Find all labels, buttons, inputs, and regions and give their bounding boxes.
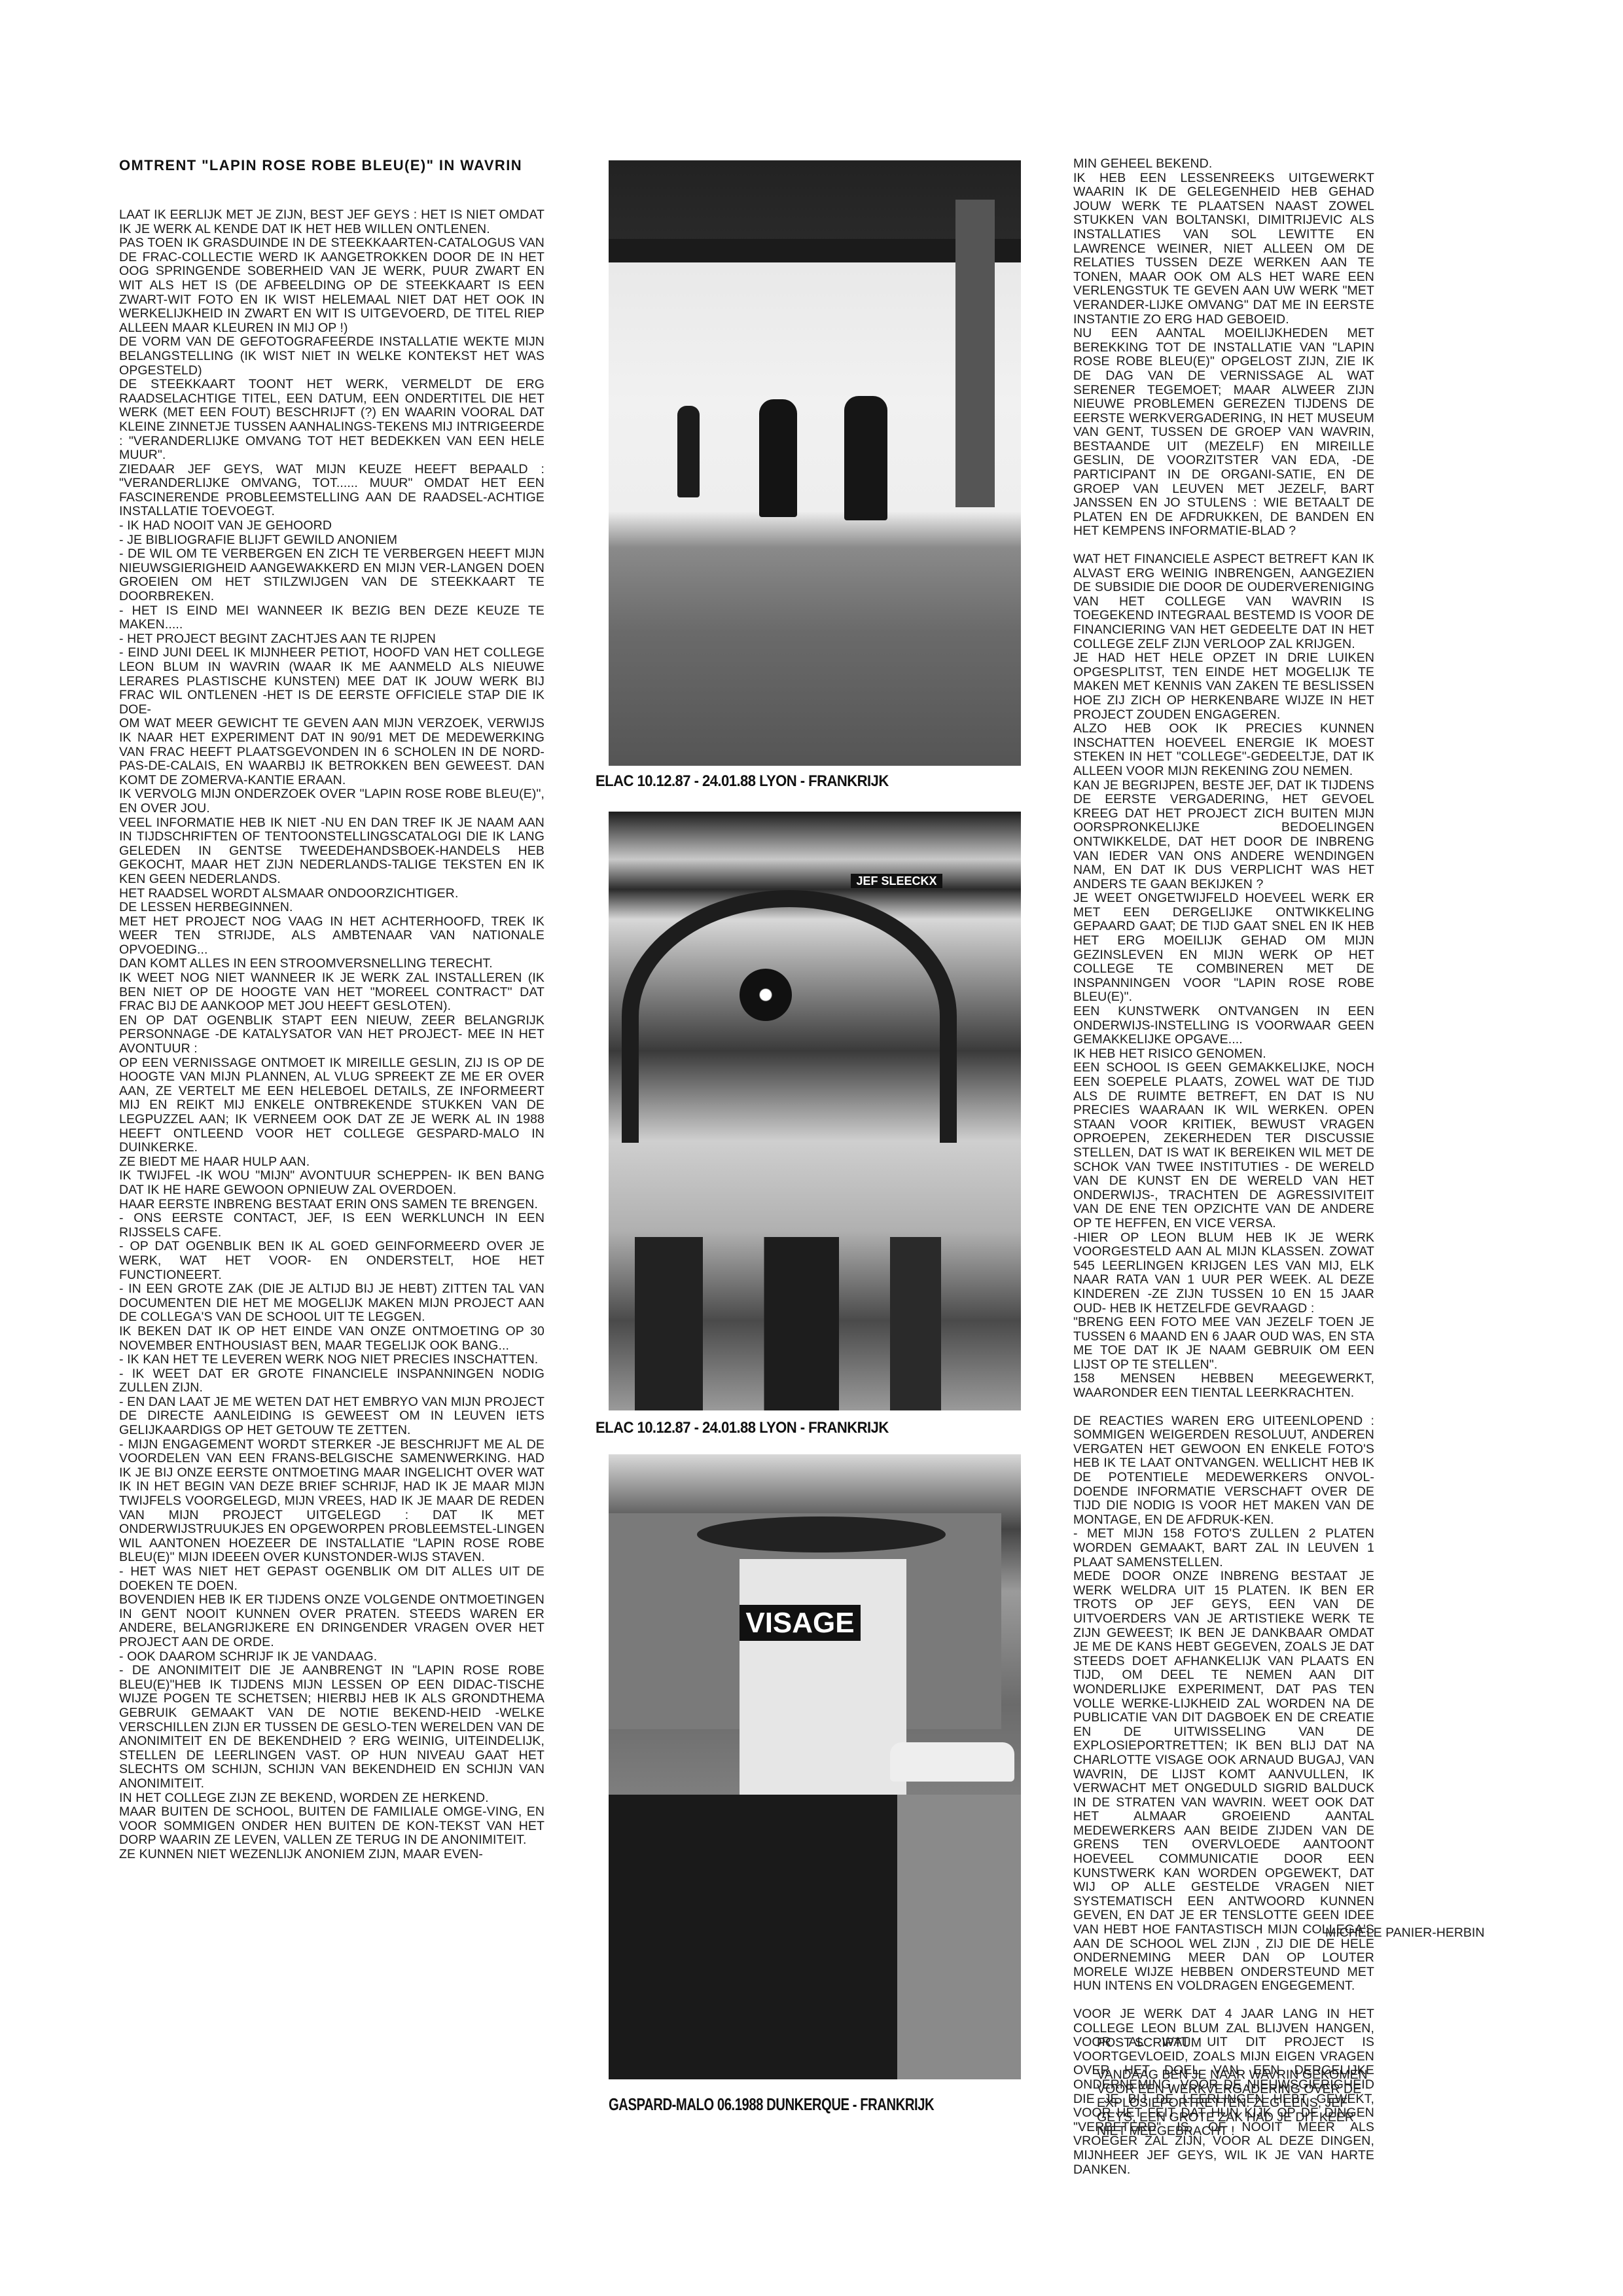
photo-caption-2: ELAC 10.12.87 - 24.01.88 LYON - FRANKRIJ… [596, 1419, 889, 1437]
left-text-column: LAAT IK EERLIJK MET JE ZIJN, BEST JEF GE… [119, 208, 544, 1861]
lamp-ball [740, 969, 792, 1021]
paragraph: EEN KUNSTWERK ONTVANGEN IN EEN ONDERWIJS… [1073, 1005, 1374, 1047]
paragraph: - EIND JUNI DEEL IK MIJNHEER PETIOT, HOO… [119, 646, 544, 717]
paragraph: - IN EEN GROTE ZAK (DIE JE ALTIJD BIJ JE… [119, 1282, 544, 1325]
postscript-title: POST SCRIPTUM [1097, 2036, 1202, 2051]
paragraph: IK WEET NOG NIET WANNEER IK JE WERK ZAL … [119, 971, 544, 1014]
paragraph: - MIJN ENGAGEMENT WORDT STERKER -JE BESC… [119, 1438, 544, 1565]
paragraph: HET RAADSEL WORDT ALSMAAR ONDOORZICHTIGE… [119, 887, 544, 901]
advertising-column [740, 1559, 906, 1808]
paragraph: DE STEEKKAART TOONT HET WERK, VERMELDT D… [119, 378, 544, 463]
bushes [609, 1795, 1021, 2079]
photo-elac-metro: JEF SLEECKX [609, 812, 1021, 1410]
author-signature: MICHELE PANIER-HERBIN [1325, 1926, 1484, 1941]
paragraph: OM WAT MEER GEWICHT TE GEVEN AAN MIJN VE… [119, 717, 544, 787]
paragraph: DE LESSEN HERBEGINNEN. [119, 901, 544, 915]
paragraph: - EN DAN LAAT JE ME WETEN DAT HET EMBRYO… [119, 1395, 544, 1438]
postscript-text: VANDAAG BEN JE NAAR WAVRIN GEKOMEN VOOR … [1097, 2068, 1372, 2139]
paragraph: - HET WAS NIET HET GEPAST OGENBLIK OM DI… [119, 1565, 544, 1593]
paragraph: ZE BIEDT ME HAAR HULP AAN. [119, 1155, 544, 1170]
figure-2 [759, 399, 797, 517]
crowd [635, 1237, 975, 1410]
photo-gaspard-malo: VISAGE [609, 1454, 1021, 2079]
paragraph: MAAR BUITEN DE SCHOOL, BUITEN DE FAMILIA… [119, 1805, 544, 1848]
sign-board: JEF SLEECKX [851, 874, 942, 888]
article-title: OMTRENT "LAPIN ROSE ROBE BLEU(E)" IN WAV… [119, 157, 522, 174]
paragraph: MIN GEHEEL BEKEND. [1073, 157, 1374, 171]
postscript-body: VANDAAG BEN JE NAAR WAVRIN GEKOMEN VOOR … [1097, 2068, 1372, 2139]
column-canopy [697, 1516, 946, 1552]
right-text-column: MIN GEHEEL BEKEND.IK HEB EEN LESSENREEKS… [1073, 157, 1374, 2177]
paragraph: ZIEDAAR JEF GEYS, WAT MIJN KEUZE HEEFT B… [119, 463, 544, 519]
paragraph: - IK KAN HET TE LEVEREN WERK NOG NIET PR… [119, 1353, 544, 1367]
paragraph: DE REACTIES WAREN ERG UITEENLOPEND : SOM… [1073, 1414, 1374, 1528]
paragraph: EEN SCHOOL IS GEEN GEMAKKELIJKE, NOCH EE… [1073, 1061, 1374, 1230]
paragraph: ZE KUNNEN NIET WEZENLIJK ANONIEM ZIJN, M… [119, 1848, 544, 1862]
paragraph: - OOK DAAROM SCHRIJF IK JE VANDAAG. [119, 1650, 544, 1664]
paragraph: PAS TOEN IK GRASDUINDE IN DE STEEKKAARTE… [119, 236, 544, 335]
paragraph: "BRENG EEN FOTO MEE VAN JEZELF TOEN JE T… [1073, 1316, 1374, 1372]
paragraph: JE HAD HET HELE OPZET IN DRIE LUIKEN OPG… [1073, 651, 1374, 722]
paragraph: MET HET PROJECT NOG VAAG IN HET ACHTERHO… [119, 915, 544, 958]
paragraph: - IK WEET DAT ER GROTE FINANCIELE INSPAN… [119, 1367, 544, 1395]
paragraph: - OP DAT OGENBLIK BEN IK AL GOED GEINFOR… [119, 1240, 544, 1282]
paragraph: - HET PROJECT BEGINT ZACHTJES AAN TE RIJ… [119, 632, 544, 647]
paragraph: IK HEB EEN LESSENREEKS UITGEWERKT WAARIN… [1073, 171, 1374, 327]
paragraph: OP EEN VERNISSAGE ONTMOET IK MIREILLE GE… [119, 1056, 544, 1155]
visage-sign: VISAGE [740, 1605, 861, 1641]
column-right [955, 200, 995, 507]
paragraph: IK TWIJFEL -IK WOU "MIJN" AVONTUUR SCHEP… [119, 1169, 544, 1197]
paragraph: ALZO HEB OOK IK PRECIES KUNNEN INSCHATTE… [1073, 722, 1374, 778]
paragraph: - DE ANONIMITEIT DIE JE AANBRENGT IN "LA… [119, 1664, 544, 1791]
paragraph: EN OP DAT OGENBLIK STAPT EEN NIEUW, ZEER… [119, 1014, 544, 1056]
paragraph: VEEL INFORMATIE HEB IK NIET -NU EN DAN T… [119, 816, 544, 887]
paragraph: IN HET COLLEGE ZIJN ZE BEKEND, WORDEN ZE… [119, 1791, 544, 1806]
car [890, 1742, 1014, 1782]
paragraph: BOVENDIEN HEB IK ER TIJDENS ONZE VOLGEND… [119, 1593, 544, 1649]
paragraph: - ONS EERSTE CONTACT, JEF, IS EEN WERKLU… [119, 1211, 544, 1240]
paragraph: IK BEKEN DAT IK OP HET EINDE VAN ONZE ON… [119, 1325, 544, 1353]
paragraph: - JE BIBLIOGRAFIE BLIJFT GEWILD ANONIEM [119, 533, 544, 548]
paragraph: 158 MENSEN HEBBEN MEEGEWERKT, WAARONDER … [1073, 1372, 1374, 1400]
paragraph: IK HEB HET RISICO GENOMEN. [1073, 1047, 1374, 1062]
paragraph: NU EEN AANTAL MOEILIJKHEDEN MET BEREKKIN… [1073, 327, 1374, 539]
paragraph: - MET MIJN 158 FOTO'S ZULLEN 2 PLATEN WO… [1073, 1527, 1374, 1570]
photo-elac-hall [609, 160, 1021, 766]
paragraph: WAT HET FINANCIELE ASPECT BETREFT KAN IK… [1073, 552, 1374, 651]
figure-1 [677, 406, 700, 497]
paragraph: - IK HAD NOOIT VAN JE GEHOORD [119, 519, 544, 533]
paragraph: HAAR EERSTE INBRENG BESTAAT ERIN ONS SAM… [119, 1198, 544, 1212]
paragraph: - HET IS EIND MEI WANNEER IK BEZIG BEN D… [119, 604, 544, 632]
paragraph: DE VORM VAN DE GEFOTOGRAFEERDE INSTALLAT… [119, 335, 544, 378]
paragraph: KAN JE BEGRIJPEN, BESTE JEF, DAT IK TIJD… [1073, 779, 1374, 892]
photo-caption-1: ELAC 10.12.87 - 24.01.88 LYON - FRANKRIJ… [596, 772, 889, 791]
paragraph: JE WEET ONGETWIJFELD HOEVEEL WERK ER MET… [1073, 891, 1374, 1005]
paragraph: LAAT IK EERLIJK MET JE ZIJN, BEST JEF GE… [119, 208, 544, 236]
paragraph: -HIER OP LEON BLUM HEB IK JE WERK VOORGE… [1073, 1231, 1374, 1316]
paragraph: IK VERVOLG MIJN ONDERZOEK OVER "LAPIN RO… [119, 787, 544, 816]
photo-caption-3: GASPARD-MALO 06.1988 DUNKERQUE - FRANKRI… [609, 2094, 934, 2115]
dome-arches [622, 890, 957, 1143]
paragraph: DAN KOMT ALLES IN EEN STROOMVERSNELLING … [119, 957, 544, 971]
figure-3 [844, 396, 887, 520]
paragraph: - DE WIL OM TE VERBERGEN EN ZICH TE VERB… [119, 547, 544, 603]
